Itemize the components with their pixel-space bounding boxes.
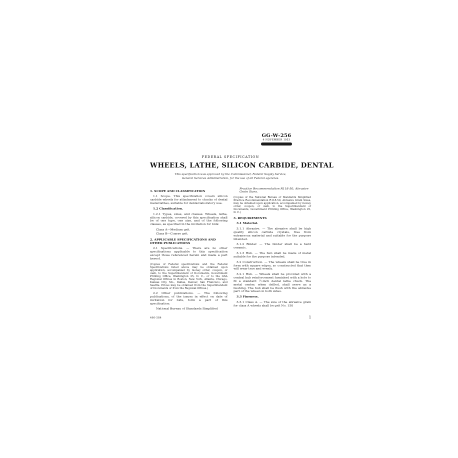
section-1-heading: 1. SCOPE AND CLASSIFICATION	[150, 190, 228, 193]
approval-note-line2: General Services Administration, for the…	[150, 177, 311, 181]
page-footer: 466-584 1	[150, 316, 311, 320]
spec-document-page: GG-W-256 4 NOVEMBER 1953 FEDERAL SPECIFI…	[150, 132, 311, 320]
fine-print-nbs-copies-note: (Copies of the National Bureau of Standa…	[234, 196, 312, 214]
para-other-publications: 2.2 Other publications. — The following …	[150, 292, 228, 306]
spec-number: GG-W-256	[259, 133, 294, 139]
document-title: WHEELS, LATHE, SILICON CARBIDE, DENTAL	[150, 162, 311, 170]
para-construction: 3.2 Construction. — The wheels shall be …	[234, 261, 312, 271]
two-column-body: 1. SCOPE AND CLASSIFICATION 1.1 Scope. T…	[150, 187, 311, 311]
para-hub-construction: 3.2.1 Hub. — Wheels shall be provided wi…	[234, 273, 312, 293]
para-classification: 1.2 Classification.	[150, 207, 228, 210]
para-fineness: 3.3 Fineness.	[234, 296, 312, 299]
left-column: 1. SCOPE AND CLASSIFICATION 1.1 Scope. T…	[150, 187, 228, 311]
approval-note: This specification was approved by the C…	[150, 173, 311, 181]
para-binder: 3.1.2 Binder. — The binder shall be a ha…	[234, 243, 312, 250]
federal-specification-label: FEDERAL SPECIFICATION	[150, 155, 311, 159]
print-code: 466-584	[150, 317, 161, 320]
spec-date: 4 NOVEMBER 1953	[259, 139, 294, 142]
para-types-sizes-classes: 1.2.1 Types, sizes, and classes. Wheels,…	[150, 213, 228, 227]
para-class-a-grit: 3.3.1 Class A. — The size of the abrasiv…	[234, 301, 312, 308]
page-number: 1	[309, 316, 311, 320]
fine-print-copies-note: (Copies of Federal specifications and th…	[150, 263, 228, 290]
spec-id-block: GG-W-256 4 NOVEMBER 1953	[259, 133, 294, 146]
para-specifications: 2.1 Specifications. — There are no other…	[150, 247, 228, 261]
black-stamp-bar	[261, 143, 292, 146]
para-scope: 1.1 Scope. This specification covers sil…	[150, 195, 228, 205]
para-hub-material: 3.1.3 Hub. — The hub shall be made of me…	[234, 252, 312, 259]
practice-recommendation-reference: Practice Recommendation R118-50, Abrasiv…	[240, 187, 312, 194]
class-b-line: Class B—Coarse grit.	[156, 232, 228, 235]
nbs-reference-line: National Bureau of Standards Simplified	[156, 308, 228, 311]
section-2-heading: 2. APPLICABLE SPECIFICATIONS AND OTHER P…	[150, 238, 228, 245]
para-abrasive: 3.1.1 Abrasive. — The abrasive shall be …	[234, 228, 312, 242]
para-material: 3.1 Material.	[234, 222, 312, 225]
section-3-heading: 3. REQUIREMENTS	[234, 217, 312, 220]
right-column: Practice Recommendation R118-50, Abrasiv…	[234, 187, 312, 311]
